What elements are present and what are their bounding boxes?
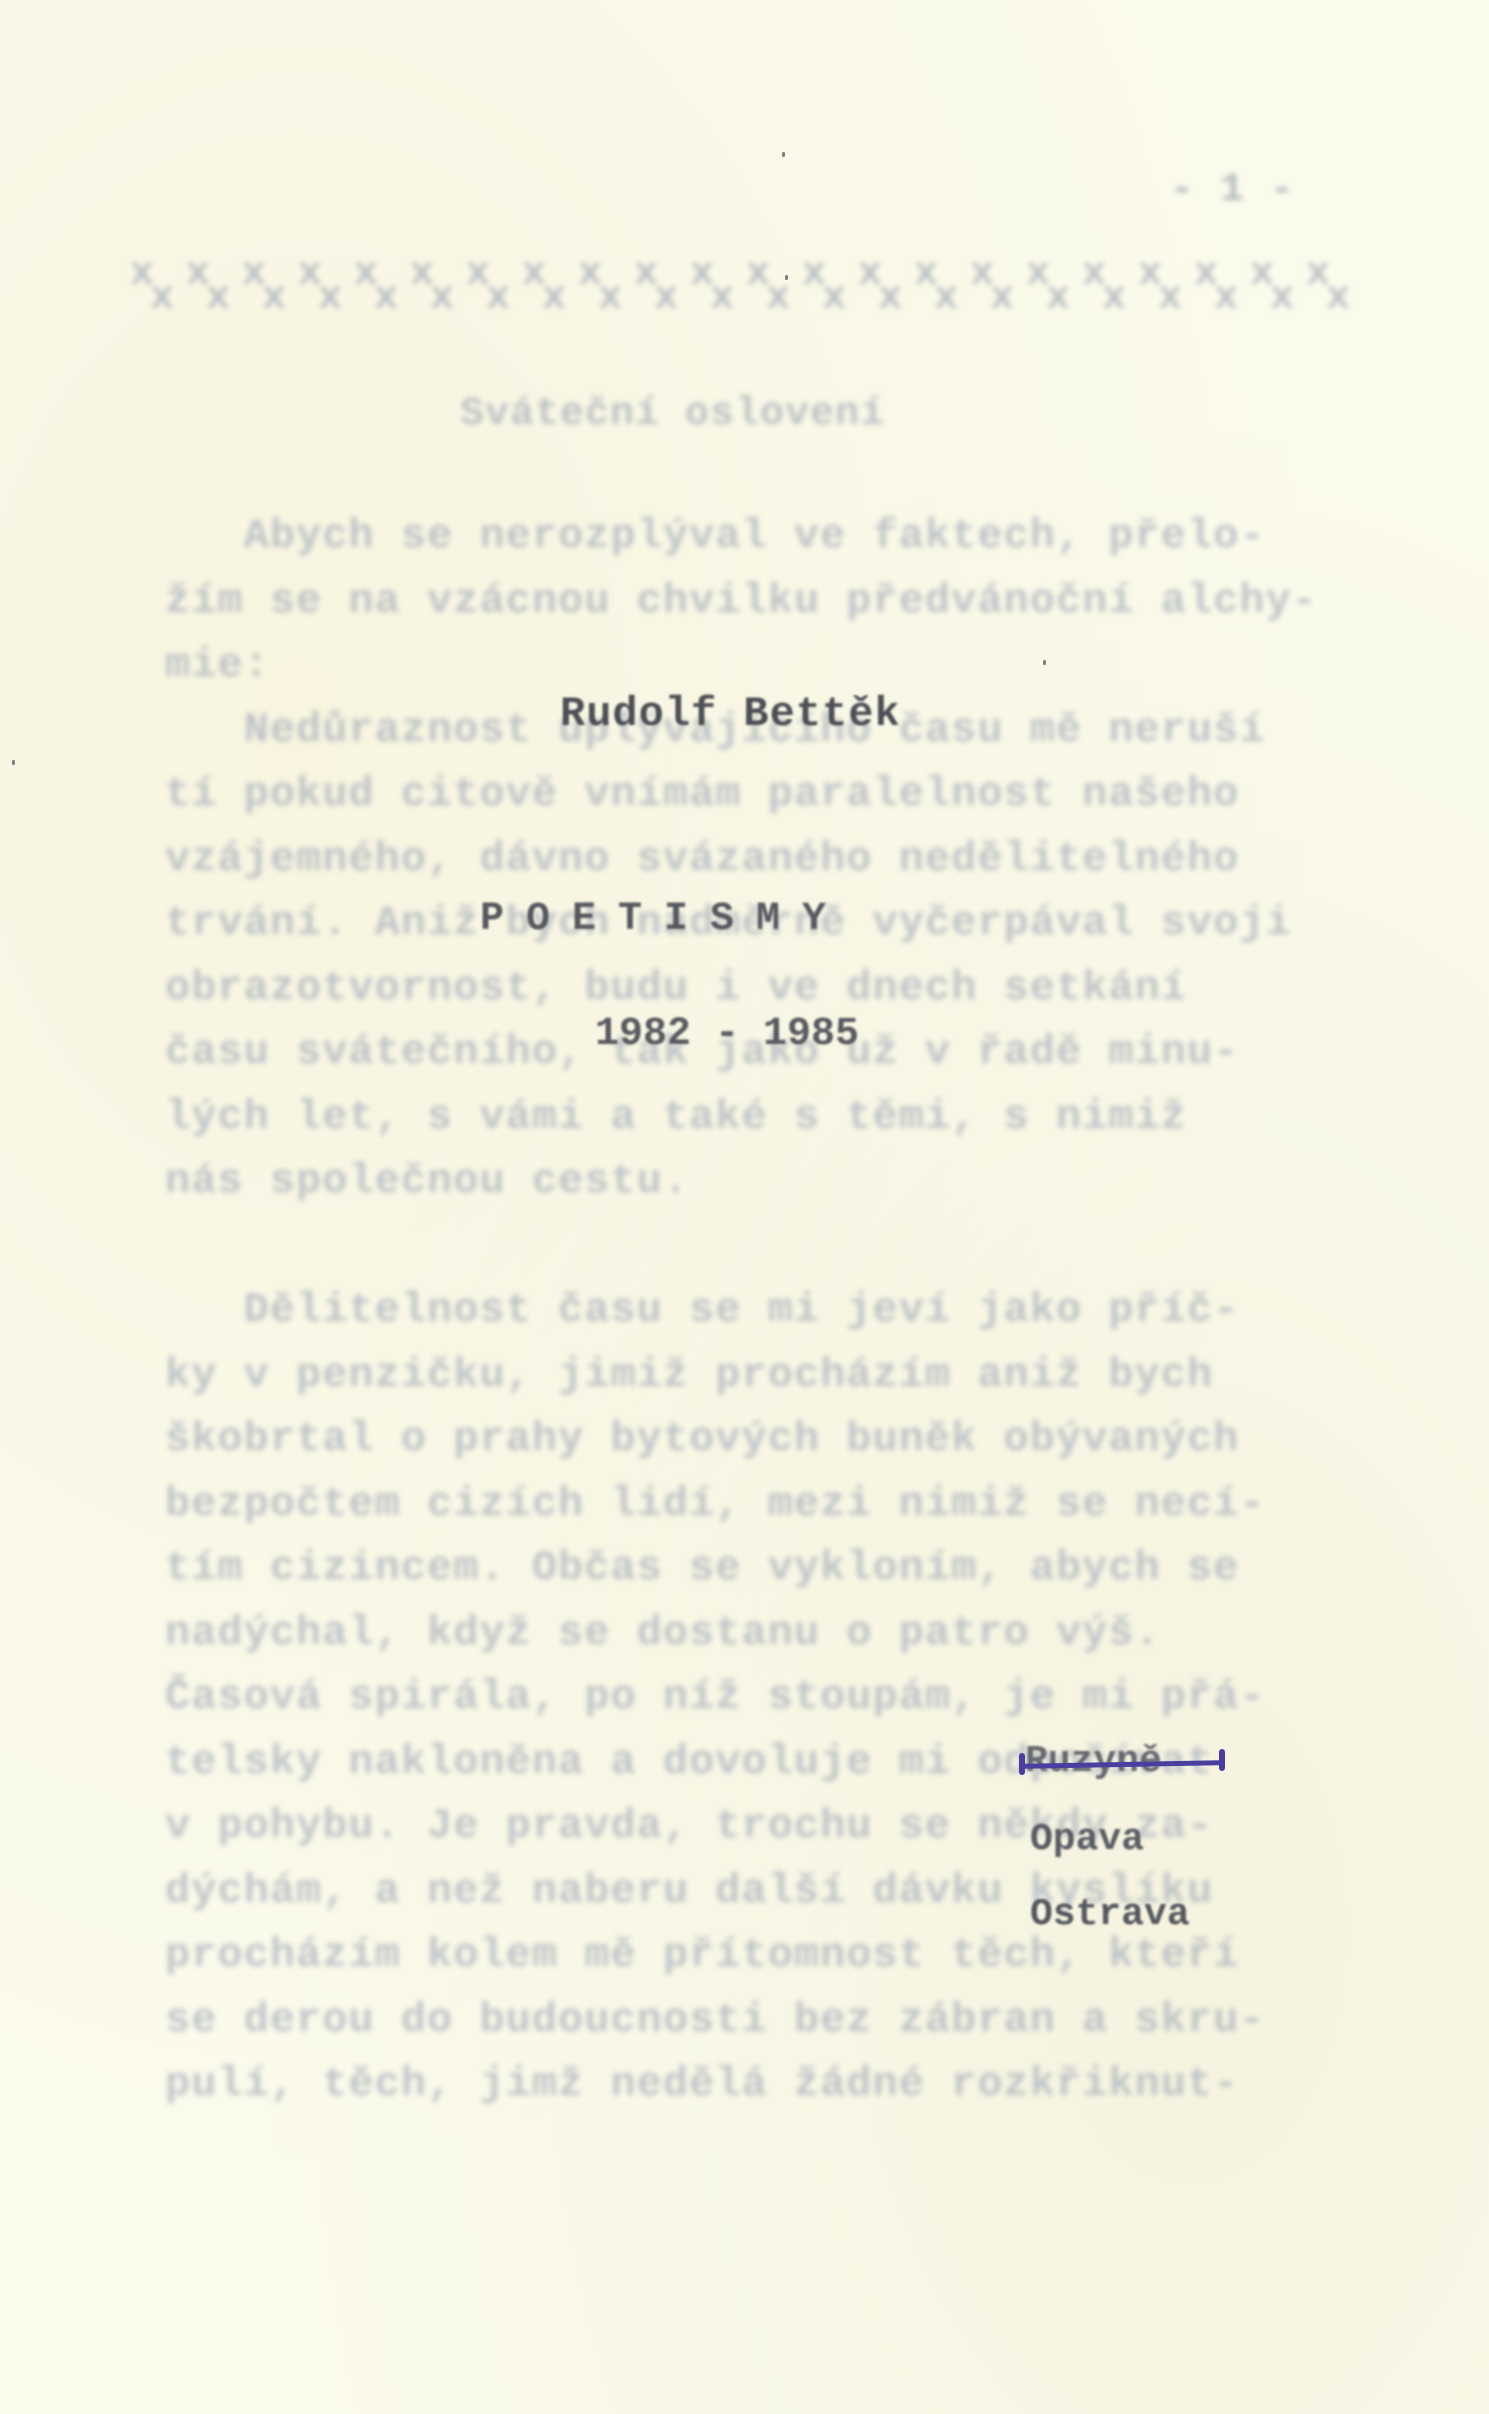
strikethrough-right-cap [1219,1749,1225,1771]
paper-speck [782,152,785,157]
year-range: 1982 - 1985 [595,1012,859,1057]
paper-speck [785,275,788,280]
place-line-2: Ostrava [1030,1893,1190,1936]
place-line-1: Opava [1030,1818,1144,1861]
paper-speck [1043,660,1046,665]
paper-speck [12,760,15,765]
strikethrough-left-cap [1019,1753,1025,1775]
collection-title: POETISMY [480,897,848,942]
title-page: Rudolf Bettěk POETISMY 1982 - 1985 Ruzyn… [0,0,1489,2414]
author-name: Rudolf Bettěk [560,690,901,738]
